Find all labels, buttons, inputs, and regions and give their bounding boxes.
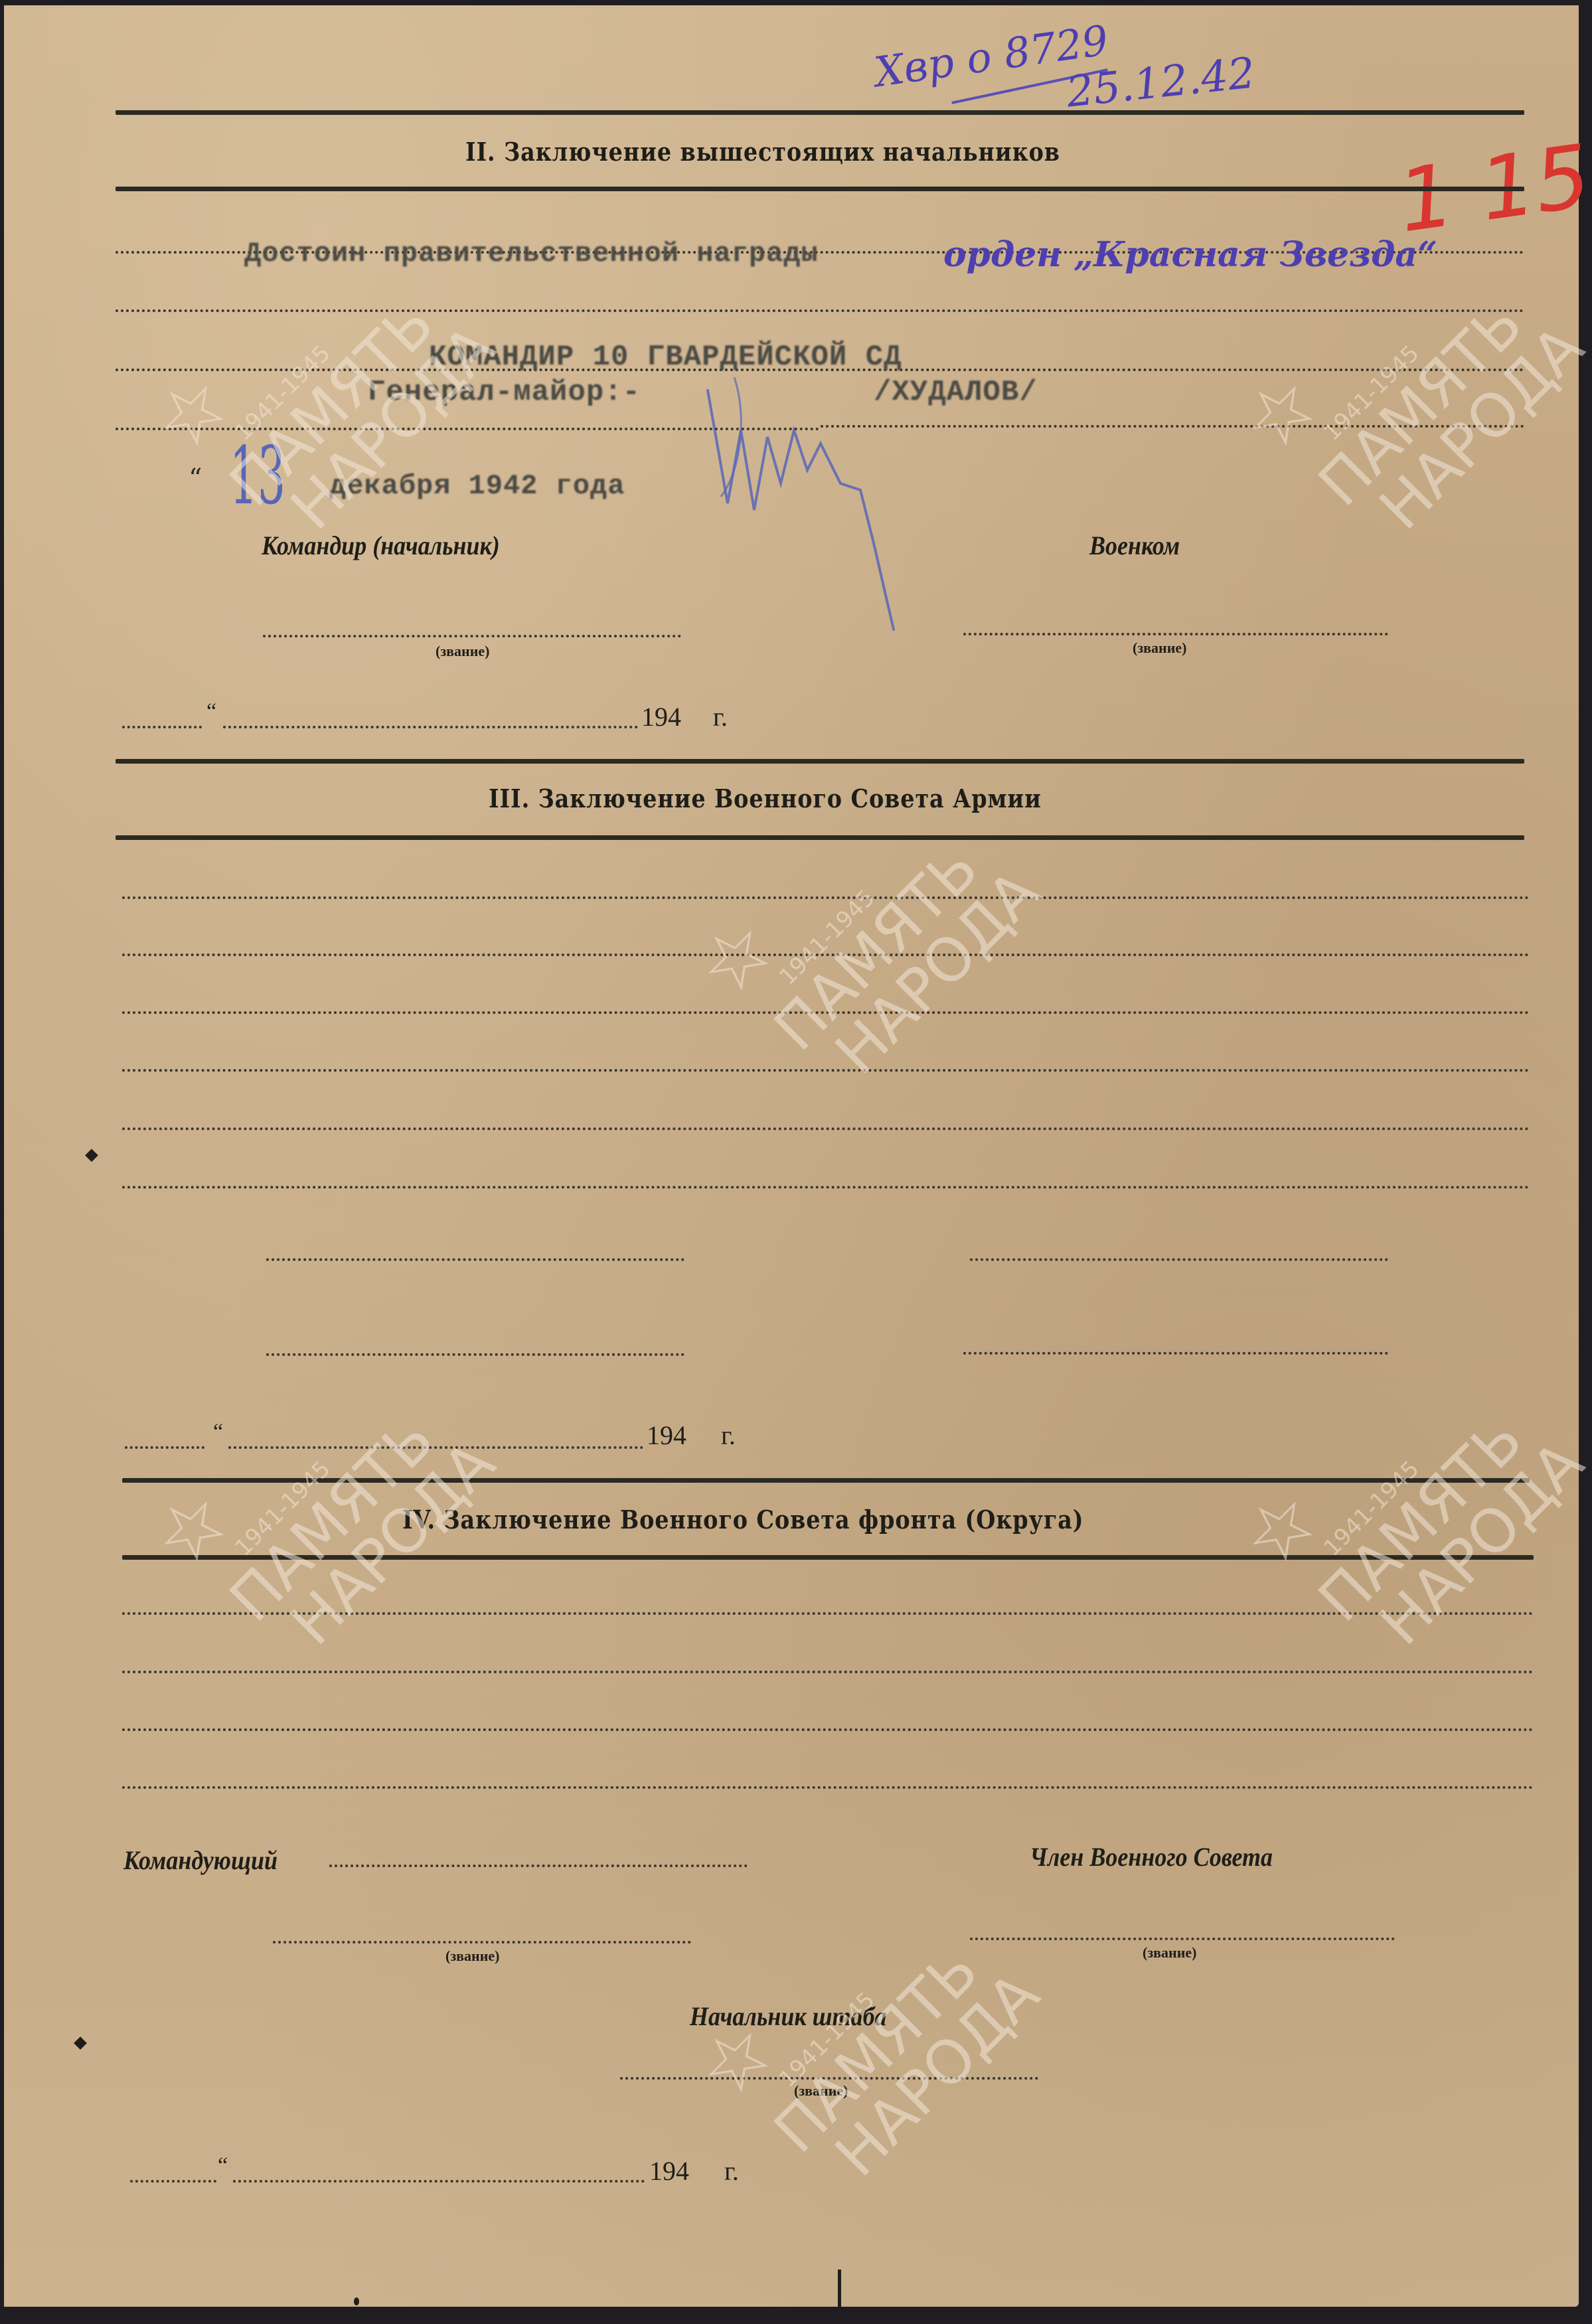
section3-year: 194 <box>647 1420 686 1451</box>
commander-rank-line <box>263 635 681 637</box>
section4-date-day-line <box>130 2180 216 2183</box>
council-member-rank-line <box>970 1938 1395 1940</box>
award-handwritten: орден „Красная Звезда“ <box>943 234 1437 275</box>
watermark-mid-right: ☆ 1941-1945 ПАМЯТЬ НАРОДА <box>1239 1319 1592 1675</box>
watermark-line1: ПАМЯТЬ <box>765 1921 1007 2163</box>
watermark-line2: НАРОДА <box>281 1432 505 1655</box>
section2-date-quote: “ <box>206 699 216 724</box>
section3-date-month-line <box>228 1446 643 1449</box>
watermark-star-icon: ☆ <box>1230 1319 1490 1580</box>
section3-line-1 <box>122 896 1530 899</box>
section4-line-3 <box>122 1728 1534 1731</box>
commanding-rank-line <box>273 1941 691 1944</box>
section4-date-quote: “ <box>218 2153 228 2179</box>
watermark-line2: НАРОДА <box>826 861 1050 1084</box>
section4-year: 194 <box>649 2155 689 2187</box>
section2-date-day-line <box>122 726 202 728</box>
council-member-label: Член Военного Совета <box>1030 1841 1273 1872</box>
section3-title: III. Заключение Военного Совета Армии <box>489 784 1042 813</box>
punch-mark-2 <box>74 2036 87 2050</box>
section3-sig-line-left-2 <box>266 1353 684 1356</box>
section3-date-day-line <box>125 1446 204 1449</box>
section2-line-4b <box>821 425 1524 428</box>
section2-year-suffix: г. <box>713 701 728 732</box>
voenkom-rank-line <box>963 633 1388 635</box>
open-quote-mark: “ <box>189 463 202 494</box>
chief-of-staff-rank-caption: (звание) <box>794 2082 848 2100</box>
commanding-label: Командующий <box>123 1845 278 1876</box>
voenkom-label: Военком <box>1089 530 1180 561</box>
section2-top-rule <box>116 110 1524 115</box>
section3-line-2 <box>122 954 1530 956</box>
watermark-years: 1941-1945 <box>774 1902 965 2092</box>
rank-typed: Генерал-майор:- <box>368 376 641 409</box>
section3-line-6 <box>122 1186 1530 1189</box>
watermark-years: 1941-1945 <box>230 255 420 446</box>
watermark-years: 1941-1945 <box>774 799 965 990</box>
section3-line-3 <box>122 1011 1530 1014</box>
section2-year: 194 <box>641 701 681 732</box>
award-typed-text: Достоин правительственной награды <box>244 238 819 270</box>
chief-of-staff-rank-line <box>620 2077 1038 2080</box>
watermark-years: 1941-1945 <box>1318 255 1509 446</box>
section4-title: IV. Заключение Военного Совета фронта (О… <box>402 1505 1083 1535</box>
section3-bottom-rule <box>116 835 1524 840</box>
section3-line-5 <box>122 1127 1530 1130</box>
commander-signature <box>694 351 947 643</box>
watermark-years: 1941-1945 <box>230 1370 420 1561</box>
watermark-line2: НАРОДА <box>826 1963 1050 2187</box>
section2-title: II. Заключение вышестоящих начальников <box>465 137 1060 167</box>
section4-line-4 <box>122 1786 1534 1789</box>
handwritten-day: 13 <box>230 430 285 523</box>
commander-label: Командир (начальник) <box>262 530 500 561</box>
watermark-star-icon: ☆ <box>685 1851 946 2112</box>
section3-sig-line-left-1 <box>266 1258 684 1261</box>
watermark-years: 1941-1945 <box>1318 1370 1509 1561</box>
commanding-rank-caption: (звание) <box>445 1948 500 1965</box>
section2-line-4 <box>116 428 819 430</box>
commander-rank-caption: (звание) <box>436 643 490 660</box>
section2-line-2 <box>116 309 1524 312</box>
watermark-line2: НАРОДА <box>1370 1432 1592 1655</box>
section3-top-rule <box>116 759 1524 764</box>
section4-year-suffix: г. <box>724 2155 739 2187</box>
ink-dot <box>354 2297 359 2305</box>
watermark-mid-left: ☆ 1941-1945 ПАМЯТЬ НАРОДА <box>150 1319 505 1675</box>
section4-date-month-line <box>233 2180 645 2183</box>
section3-date-quote: “ <box>213 1420 223 1445</box>
section2-bottom-rule <box>116 187 1524 191</box>
section4-line-2 <box>122 1671 1534 1673</box>
voenkom-rank-caption: (звание) <box>1133 639 1187 657</box>
council-member-rank-caption: (звание) <box>1143 1944 1197 1961</box>
section3-line-4 <box>122 1069 1530 1072</box>
section3-sig-line-right-2 <box>963 1352 1388 1355</box>
watermark-line1: ПАМЯТЬ <box>765 819 1007 1061</box>
section4-top-rule <box>122 1478 1530 1483</box>
section4-line-1 <box>122 1612 1534 1615</box>
commanding-signature-line <box>329 1865 748 1867</box>
binding-mark <box>838 2270 841 2309</box>
punch-mark-1 <box>85 1149 98 1162</box>
document-page: Хвр о 8729 25.12.42 1 15 II. Заключение … <box>4 5 1579 2307</box>
section4-bottom-rule <box>122 1555 1534 1560</box>
section2-date-month-line <box>223 726 638 728</box>
watermark-line2: НАРОДА <box>1370 316 1592 540</box>
watermark-star-icon: ☆ <box>141 1319 402 1580</box>
chief-of-staff-label: Начальник штаба <box>690 2001 887 2032</box>
watermark-line1: ПАМЯТЬ <box>1309 1390 1552 1632</box>
section3-year-suffix: г. <box>721 1420 736 1451</box>
section3-sig-line-right-1 <box>970 1258 1388 1261</box>
date-typed-text: декабря 1942 года <box>329 470 625 502</box>
